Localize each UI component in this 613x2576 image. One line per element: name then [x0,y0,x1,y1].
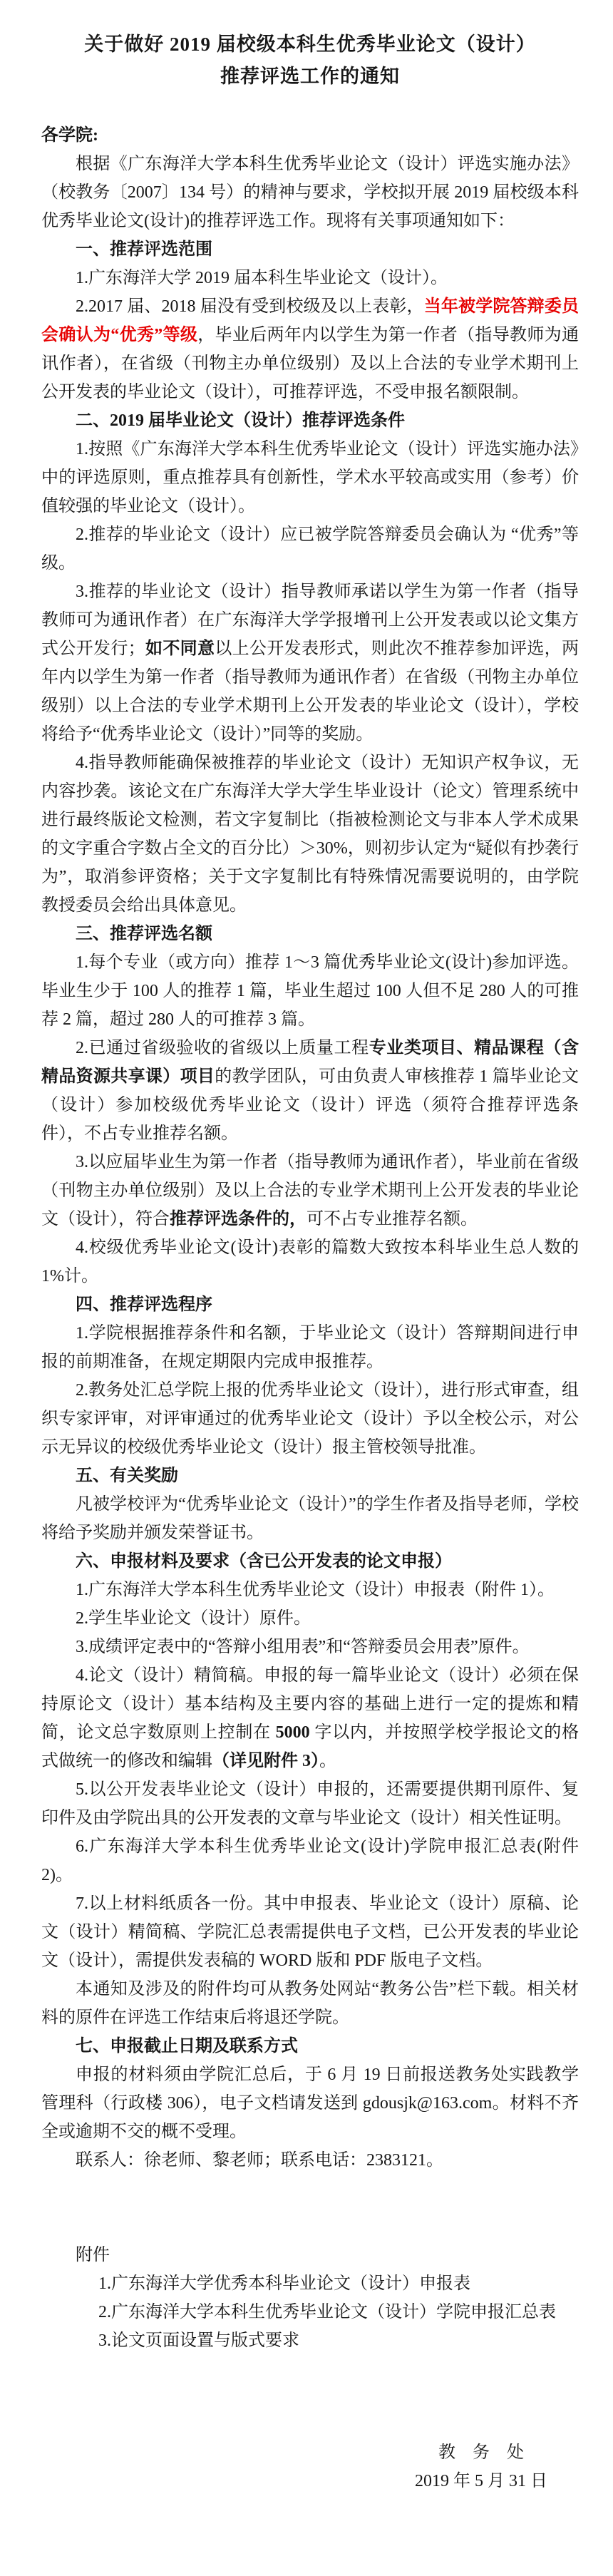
text-run: 二、2019 届毕业论文（设计）推荐评选条件 [76,411,405,430]
text-run: 申报的材料须由学院汇总后，于 6 月 19 日前报送教务处实践教学管理科（行政楼… [41,2066,579,2141]
salutation: 各学院: [41,121,579,150]
text-run: 可不占专业推荐名额。 [306,1210,478,1228]
text-run: 2.学生毕业论文（设计）原件。 [76,1609,311,1628]
text-run: 四、推荐评选程序 [76,1295,212,1314]
text-run: 1.学院根据推荐条件和名额，于毕业论文（设计）答辩期间进行申报的前期准备，在规定… [41,1324,579,1371]
text-run: 1.按照《广东海洋大学本科生优秀毕业论文（设计）评选实施办法》中的评选原则，重点… [41,440,579,515]
doc-para: 1.按照《广东海洋大学本科生优秀毕业论文（设计）评选实施办法》中的评选原则，重点… [41,435,579,520]
text-run: 1.广东海洋大学 2019 届本科生毕业论文（设计）。 [76,269,448,287]
document-title-line-2: 推荐评选工作的通知 [41,61,579,93]
signature-date: 2019 年 5 月 31 日 [415,2467,547,2495]
doc-heading: 五、有关奖励 [41,1462,579,1490]
bold-text: （详见附件 3） [212,1752,319,1770]
text-run: 2.已通过省级验收的省级以上质量工程 [76,1039,369,1057]
text-run: 联系人：徐老师、黎老师；联系电话：2383121。 [76,2151,443,2170]
doc-para: 6.广东海洋大学本科生优秀毕业论文(设计)学院申报汇总表(附件 2)。 [41,1832,579,1889]
doc-para: 2.已通过省级验收的省级以上质量工程专业类项目、精品课程（含精品资源共享课）项目… [41,1034,579,1148]
doc-para: 凡被学校评为“优秀毕业论文（设计）”的学生作者及指导老师，学校将给予奖励并颁发荣… [41,1490,579,1547]
bold-text: 推荐评选条件的， [170,1210,306,1228]
text-run: 1.广东海洋大学本科生优秀毕业论文（设计）申报表（附件 1）。 [76,1581,555,1599]
text-run: 2.教务处汇总学院上报的优秀毕业论文（设计），进行形式审查，组织专家评审，对评审… [41,1381,579,1457]
text-run: 2.2017 届、2018 届没有受到校级及以上表彰， [76,297,424,316]
doc-para: 2.学生毕业论文（设计）原件。 [41,1604,579,1633]
doc-para: 2.推荐的毕业论文（设计）应已被学院答辩委员会确认为 “优秀”等级。 [41,520,579,578]
text-run: 一、推荐评选范围 [76,240,212,259]
notice-document-page: 关于做好 2019 届校级本科生优秀毕业论文（设计） 推荐评选工作的通知 各学院… [0,0,613,2576]
text-run: 七、申报截止日期及联系方式 [76,2037,298,2056]
bold-text: 如不同意 [145,640,215,658]
doc-para: 4.校级优秀毕业论文(设计)表彰的篇数大致按本科毕业生总人数的 1%计。 [41,1233,579,1290]
attachments-label: 附件 [41,2241,579,2269]
doc-para: 4.论文（设计）精简稿。申报的每一篇毕业论文（设计）必须在保持原论文（设计）基本… [41,1661,579,1775]
text-run: 五、有关奖励 [76,1467,178,1485]
text-run: 4.校级优秀毕业论文(设计)表彰的篇数大致按本科毕业生总人数的 1%计。 [41,1238,579,1286]
doc-para: 1.广东海洋大学 2019 届本科生毕业论文（设计）。 [41,264,579,292]
doc-para: 根据《广东海洋大学本科生优秀毕业论文（设计）评选实施办法》（校教务〔2007〕1… [41,150,579,235]
text-run: 根据《广东海洋大学本科生优秀毕业论文（设计）评选实施办法》（校教务〔2007〕1… [41,155,579,230]
doc-heading: 一、推荐评选范围 [41,235,579,264]
text-run: 5.以公开发表毕业论文（设计）申报的，还需要提供期刊原件、复印件及由学院出具的公… [41,1780,579,1827]
doc-para: 联系人：徐老师、黎老师；联系电话：2383121。 [41,2146,579,2175]
doc-para: 4.指导教师能确保被推荐的毕业论文（设计）无知识产权争议，无内容抄袭。该论文在广… [41,749,579,920]
document-title-line-1: 关于做好 2019 届校级本科生优秀毕业论文（设计） [41,29,579,61]
doc-heading: 六、申报材料及要求（含已公开发表的论文申报） [41,1547,579,1576]
doc-para: 1.广东海洋大学本科生优秀毕业论文（设计）申报表（附件 1）。 [41,1576,579,1604]
doc-heading: 四、推荐评选程序 [41,1290,579,1319]
doc-heading: 三、推荐评选名额 [41,920,579,948]
text-run: 。 [319,1752,336,1770]
text-run: 4.指导教师能确保被推荐的毕业论文（设计）无知识产权争议，无内容抄袭。该论文在广… [41,754,579,915]
text-run: 6.广东海洋大学本科生优秀毕业论文(设计)学院申报汇总表(附件 2)。 [41,1837,579,1884]
doc-para: 本通知及涉及的附件均可从教务处网站“教务公告”栏下载。相关材料的原件在评选工作结… [41,1975,579,2032]
text-run: 7.以上材料纸质各一份。其中申报表、毕业论文（设计）原稿、论文（设计）精简稿、学… [41,1894,579,1970]
doc-para: 1.学院根据推荐条件和名额，于毕业论文（设计）答辩期间进行申报的前期准备，在规定… [41,1319,579,1376]
doc-para: 申报的材料须由学院汇总后，于 6 月 19 日前报送教务处实践教学管理科（行政楼… [41,2061,579,2146]
doc-para: 2.教务处汇总学院上报的优秀毕业论文（设计），进行形式审查，组织专家评审，对评审… [41,1376,579,1462]
signature-block: 教 务 处 2019 年 5 月 31 日 [415,2438,547,2495]
attachment-item-3: 3.论文页面设置与版式要求 [41,2326,579,2355]
doc-para: 1.每个专业（或方向）推荐 1～3 篇优秀毕业论文(设计)参加评选。毕业生少于 … [41,948,579,1034]
doc-para: 3.成绩评定表中的“答辩小组用表”和“答辩委员会用表”原件。 [41,1633,579,1661]
attachment-item-2: 2.广东海洋大学本科生优秀毕业论文（设计）学院申报汇总表 [41,2298,579,2326]
text-run: 本通知及涉及的附件均可从教务处网站“教务公告”栏下载。相关材料的原件在评选工作结… [41,1980,579,2027]
signature-org: 教 务 处 [415,2438,547,2467]
doc-heading: 二、2019 届毕业论文（设计）推荐评选条件 [41,406,579,435]
doc-para: 2.2017 届、2018 届没有受到校级及以上表彰，当年被学院答辩委员会确认为… [41,292,579,406]
text-run: 凡被学校评为“优秀毕业论文（设计）”的学生作者及指导老师，学校将给予奖励并颁发荣… [41,1495,579,1542]
text-run: 2.推荐的毕业论文（设计）应已被学院答辩委员会确认为 “优秀”等级。 [41,525,579,573]
doc-para: 3.以应届毕业生为第一作者（指导教师为通讯作者），毕业前在省级（刊物主办单位级别… [41,1148,579,1233]
text-run: 三、推荐评选名额 [76,925,212,943]
doc-para: 7.以上材料纸质各一份。其中申报表、毕业论文（设计）原稿、论文（设计）精简稿、学… [41,1889,579,1975]
attachment-item-1: 1.广东海洋大学优秀本科毕业论文（设计）申报表 [41,2269,579,2298]
doc-para: 5.以公开发表毕业论文（设计）申报的，还需要提供期刊原件、复印件及由学院出具的公… [41,1775,579,1832]
text-run: 1.每个专业（或方向）推荐 1～3 篇优秀毕业论文(设计)参加评选。毕业生少于 … [41,953,579,1029]
text-run: 六、申报材料及要求（含已公开发表的论文申报） [76,1552,452,1571]
document-blocks: 根据《广东海洋大学本科生优秀毕业论文（设计）评选实施办法》（校教务〔2007〕1… [41,150,579,2175]
doc-para: 3.推荐的毕业论文（设计）指导教师承诺以学生为第一作者（指导教师可为通讯作者）在… [41,578,579,749]
doc-heading: 七、申报截止日期及联系方式 [41,2032,579,2061]
signature-wrapper: 教 务 处 2019 年 5 月 31 日 [41,2438,579,2495]
text-run: 3.成绩评定表中的“答辩小组用表”和“答辩委员会用表”原件。 [76,1638,530,1656]
bold-text: 5000 [276,1723,310,1742]
